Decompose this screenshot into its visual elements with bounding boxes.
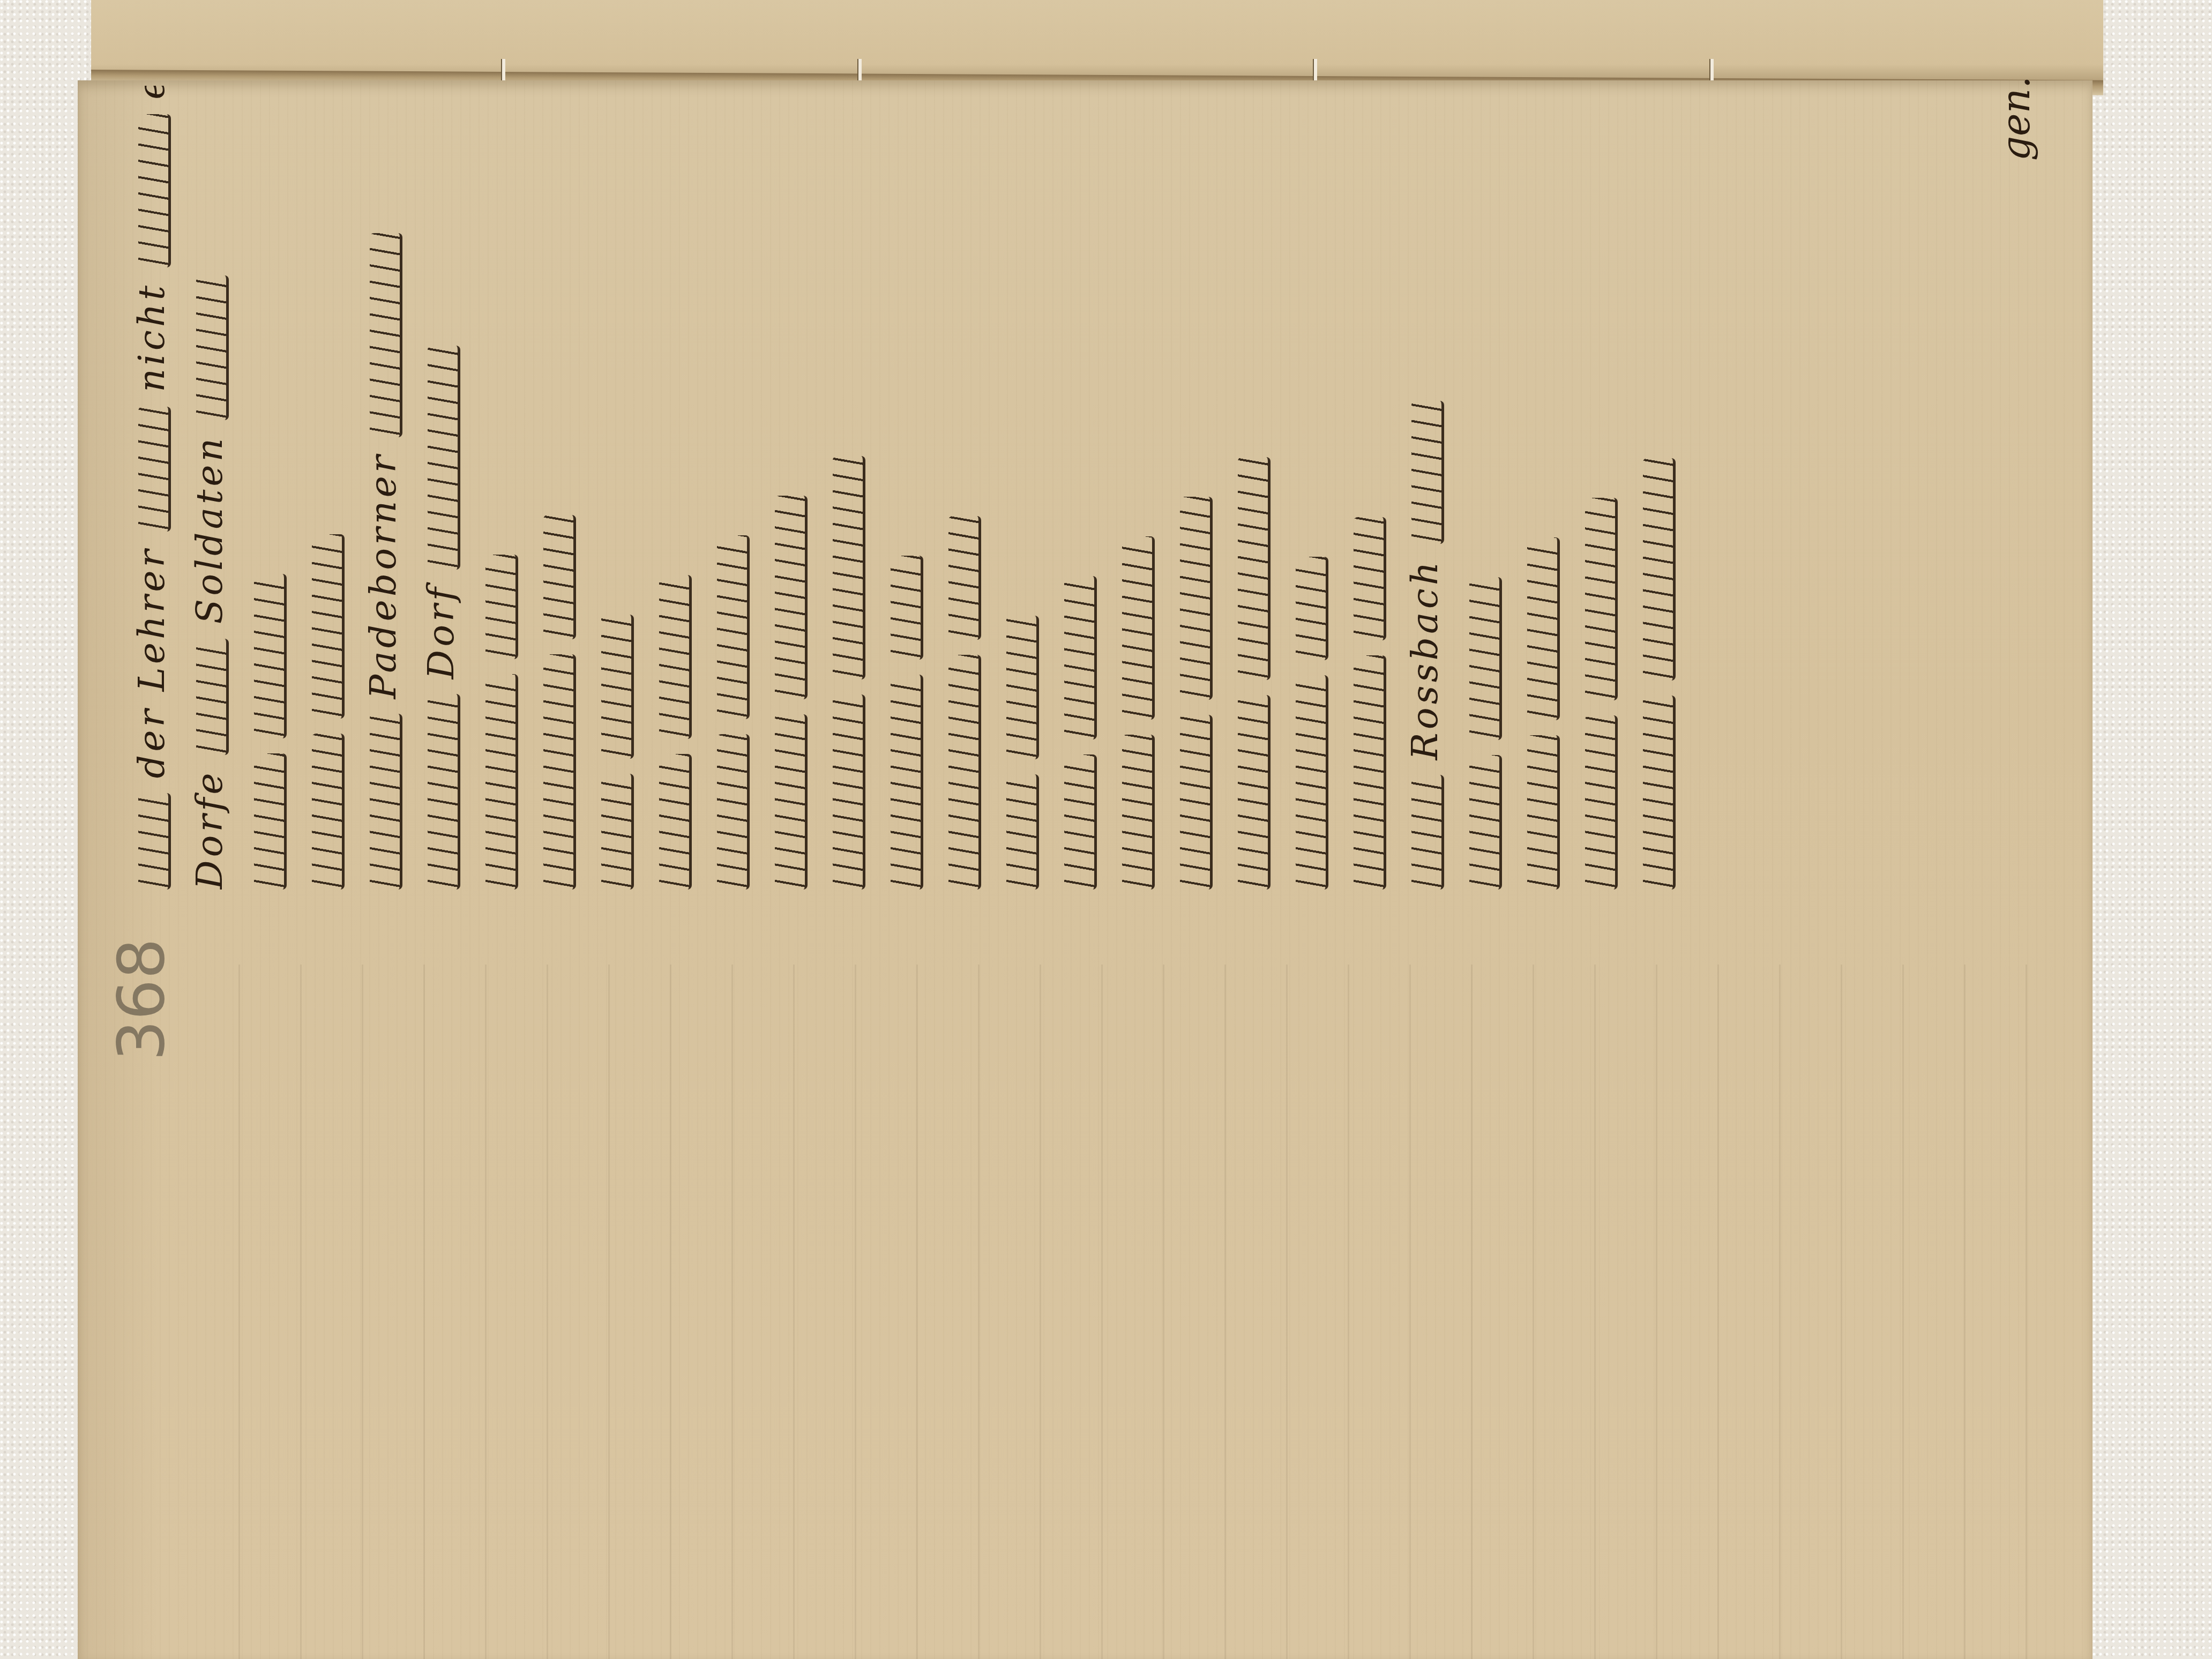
handwritten-line bbox=[528, 86, 586, 890]
illegible-word bbox=[1411, 401, 1444, 544]
illegible-word bbox=[601, 615, 634, 759]
illegible-word bbox=[485, 674, 518, 890]
illegible-word bbox=[1122, 735, 1155, 890]
illegible-word bbox=[1006, 774, 1039, 890]
handwritten-line: Dorfe Soldaten bbox=[181, 86, 239, 890]
illegible-word bbox=[543, 515, 576, 639]
illegible-word bbox=[1643, 458, 1676, 681]
illegible-word bbox=[717, 734, 750, 890]
upper-leaf bbox=[91, 0, 2103, 80]
illegible-word bbox=[428, 346, 460, 570]
illegible-word bbox=[1643, 696, 1676, 890]
illegible-word bbox=[1354, 655, 1386, 890]
illegible-word bbox=[1296, 675, 1328, 890]
illegible-word bbox=[1585, 715, 1618, 890]
binding-stitch bbox=[1313, 59, 1317, 80]
illegible-word bbox=[1238, 457, 1271, 680]
illegible-word bbox=[138, 407, 171, 532]
handwritten-line bbox=[1107, 86, 1165, 890]
illegible-word bbox=[1354, 517, 1386, 640]
binding-stitch bbox=[857, 59, 862, 80]
illegible-word bbox=[659, 754, 692, 890]
illegible-word bbox=[254, 574, 287, 738]
closing-word: gen. bbox=[1993, 76, 2038, 161]
handwritten-line bbox=[1628, 86, 1686, 890]
illegible-word bbox=[370, 233, 402, 437]
handwritten-line bbox=[1339, 86, 1396, 890]
illegible-word bbox=[1411, 775, 1444, 890]
illegible-word bbox=[196, 275, 229, 420]
show-through-text bbox=[238, 965, 2034, 1659]
illegible-word bbox=[312, 734, 345, 890]
handwritten-line bbox=[297, 86, 355, 890]
illegible-word bbox=[833, 456, 865, 679]
illegible-word bbox=[254, 753, 287, 890]
illegible-word bbox=[833, 694, 865, 890]
illegible-word bbox=[370, 714, 402, 890]
binding-stitch bbox=[1709, 59, 1714, 80]
illegible-word bbox=[312, 534, 345, 719]
illegible-word bbox=[891, 556, 923, 660]
illegible-word bbox=[1064, 576, 1097, 739]
handwritten-line bbox=[991, 86, 1049, 890]
illegible-word bbox=[1296, 557, 1328, 660]
illegible-word bbox=[1006, 616, 1039, 759]
handwritten-line bbox=[1223, 86, 1281, 890]
handwritten-line bbox=[1512, 86, 1570, 890]
handwritten-line bbox=[586, 86, 644, 890]
illegible-word bbox=[1122, 536, 1155, 720]
illegible-word bbox=[138, 114, 171, 267]
illegible-word bbox=[428, 694, 460, 890]
illegible-word bbox=[1180, 497, 1213, 700]
illegible-word bbox=[138, 793, 171, 890]
illegible-word bbox=[1527, 537, 1560, 720]
illegible-word bbox=[1527, 735, 1560, 890]
handwritten-line bbox=[1165, 86, 1223, 890]
illegible-word bbox=[485, 555, 518, 659]
illegible-word bbox=[1469, 755, 1502, 890]
illegible-word bbox=[717, 535, 750, 719]
handwritten-line bbox=[760, 86, 818, 890]
handwritten-line: Padeborner bbox=[355, 86, 413, 890]
handwritten-line bbox=[1281, 86, 1339, 890]
illegible-word bbox=[1585, 498, 1618, 700]
handwritten-text-block: der Lehrer nicht eine Dorfe Soldaten Pad… bbox=[123, 86, 1934, 890]
page-number: 368 bbox=[104, 938, 179, 1061]
handwritten-line: Dorf bbox=[413, 86, 470, 890]
handwritten-line bbox=[239, 86, 297, 890]
illegible-word bbox=[775, 496, 808, 699]
illegible-word bbox=[948, 516, 981, 640]
handwritten-line bbox=[702, 86, 760, 890]
handwritten-line bbox=[644, 86, 702, 890]
illegible-word bbox=[659, 575, 692, 739]
binding-stitch bbox=[501, 59, 505, 80]
handwritten-line: Rossbach bbox=[1396, 86, 1454, 890]
illegible-word bbox=[1238, 695, 1271, 890]
handwritten-line: der Lehrer nicht eine bbox=[123, 86, 181, 890]
illegible-word bbox=[891, 675, 923, 890]
illegible-word bbox=[601, 774, 634, 890]
illegible-word bbox=[1180, 715, 1213, 890]
handwritten-line bbox=[1454, 86, 1512, 890]
illegible-word bbox=[1064, 754, 1097, 890]
illegible-word bbox=[775, 714, 808, 890]
handwritten-line bbox=[933, 86, 991, 890]
handwritten-line bbox=[1570, 86, 1628, 890]
cloth-background-right bbox=[2093, 0, 2212, 1659]
illegible-word bbox=[196, 639, 229, 755]
handwritten-line bbox=[818, 86, 876, 890]
handwritten-line bbox=[470, 86, 528, 890]
manuscript-photo: der Lehrer nicht eine Dorfe Soldaten Pad… bbox=[0, 0, 2212, 1659]
handwritten-line bbox=[876, 86, 933, 890]
illegible-word bbox=[1469, 577, 1502, 740]
illegible-word bbox=[948, 655, 981, 890]
illegible-word bbox=[543, 654, 576, 890]
handwritten-line bbox=[1049, 86, 1107, 890]
